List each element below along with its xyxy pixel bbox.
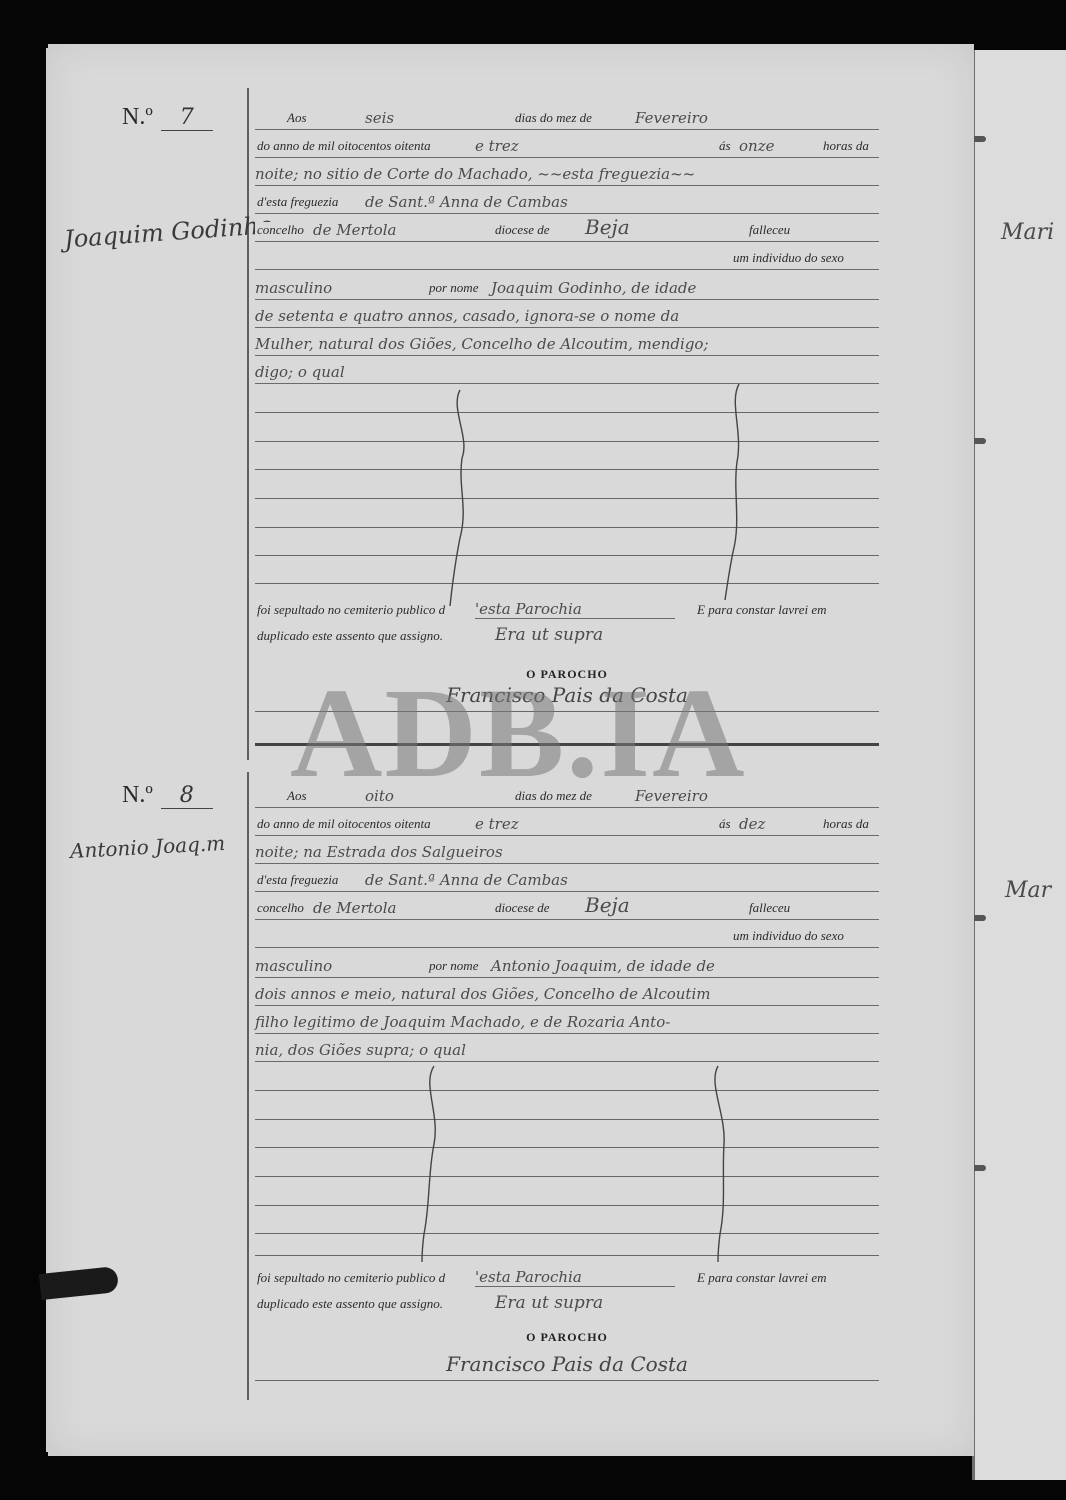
handwritten-parish: de Sant.ª Anna de Cambas: [365, 193, 568, 211]
printed-text: diocese de: [493, 900, 552, 916]
printed-text: por nome: [427, 958, 480, 974]
entry-separator: [255, 743, 879, 746]
entry-line: masculino por nome Antonio Joaquim, de i…: [255, 954, 879, 978]
printed-text: ás: [717, 138, 733, 154]
handwritten-era-ut-supra: Era ut supra: [495, 625, 603, 645]
handwritten-year: e trez: [475, 137, 519, 155]
handwritten-cemetery: 'esta Parochia: [475, 1268, 675, 1287]
printed-text: ás: [717, 816, 733, 832]
entry-line: dois annos e meio, natural dos Giões, Co…: [255, 982, 879, 1006]
handwritten-details: nia, dos Giões supra; o qual: [255, 1041, 466, 1059]
printed-text: concelho: [255, 900, 306, 916]
entry-line: do anno de mil oitocentos oitenta e trez…: [255, 134, 879, 158]
printed-text: dias do mez de: [513, 788, 594, 804]
blank-line: [255, 1205, 879, 1206]
handwritten-era-ut-supra: Era ut supra: [495, 1293, 603, 1313]
entry-line: concelho de Mertola diocese de Beja fall…: [255, 896, 879, 920]
handwritten-parish: de Sant.ª Anna de Cambas: [365, 871, 568, 889]
handwritten-cemetery: 'esta Parochia: [475, 600, 675, 619]
entry-number-label: N.º: [122, 104, 153, 130]
handwritten-place: noite; no sitio de Corte do Machado, ~~e…: [255, 165, 695, 183]
printed-text: foi sepultado no cemiterio publico d: [255, 1270, 447, 1286]
printed-text: E para constar lavrei em: [695, 602, 829, 618]
signature-line: [255, 711, 879, 712]
handwritten-month: Fevereiro: [635, 109, 708, 127]
blank-line: [255, 527, 879, 528]
printed-text: falleceu: [747, 900, 792, 916]
printed-text: Aos: [285, 788, 309, 804]
handwritten-name: Antonio Joaquim, de idade de: [491, 957, 715, 975]
printed-text: um individuo do sexo: [731, 250, 846, 266]
handwritten-details: Mulher, natural dos Giões, Concelho de A…: [255, 335, 709, 353]
entry-line: de setenta e quatro annos, casado, ignor…: [255, 304, 879, 328]
handwritten-municipality: de Mertola: [313, 899, 396, 917]
blank-line: [255, 1090, 879, 1091]
entry-number: N.º7: [122, 104, 213, 131]
printed-text: duplicado este assento que assigno.: [255, 628, 445, 644]
cancellation-stroke: [412, 1064, 452, 1264]
handwritten-municipality: de Mertola: [313, 221, 396, 239]
signatory-title: O PAROCHO: [255, 667, 879, 682]
handwritten-details: filho legitimo de Joaquim Machado, e de …: [255, 1013, 670, 1031]
printed-text: um individuo do sexo: [731, 928, 846, 944]
blank-line: [255, 469, 879, 470]
cancellation-stroke: [698, 1064, 738, 1264]
handwritten-year: e trez: [475, 815, 519, 833]
handwritten-day: seis: [365, 109, 394, 127]
printed-text: foi sepultado no cemiterio publico d: [255, 602, 447, 618]
cancellation-stroke: [715, 382, 755, 602]
entry-line: Aos seis dias do mez de Fevereiro: [255, 106, 879, 130]
signatory-title: O PAROCHO: [255, 1330, 879, 1345]
signature-line: [255, 1380, 879, 1381]
printed-text: dias do mez de: [513, 110, 594, 126]
entry-line: Mulher, natural dos Giões, Concelho de A…: [255, 332, 879, 356]
handwritten-details: de setenta e quatro annos, casado, ignor…: [255, 307, 679, 325]
burial-line: duplicado este assento que assigno. Era …: [255, 624, 879, 648]
handwritten-details: dois annos e meio, natural dos Giões, Co…: [255, 985, 710, 1003]
printed-text: falleceu: [747, 222, 792, 238]
entry-line: um individuo do sexo: [255, 246, 879, 270]
blank-line: [255, 555, 879, 556]
handwritten-hour: onze: [739, 137, 774, 155]
column-divider: [247, 772, 249, 1400]
printed-text: Aos: [285, 110, 309, 126]
entry-line: masculino por nome Joaquim Godinho, de i…: [255, 276, 879, 300]
handwritten-hour: dez: [739, 815, 765, 833]
blank-line: [255, 1119, 879, 1120]
entry-line: noite; no sitio de Corte do Machado, ~~e…: [255, 162, 879, 186]
handwritten-diocese: Beja: [585, 893, 630, 917]
handwritten-name: Joaquim Godinho, de idade: [491, 279, 696, 297]
adjacent-page: Mari Mar: [975, 50, 1066, 1480]
blank-line: [255, 412, 879, 413]
blank-line: [255, 1176, 879, 1177]
entry-number-label: N.º: [122, 782, 153, 808]
printed-text: duplicado este assento que assigno.: [255, 1296, 445, 1312]
cancellation-stroke: [440, 388, 480, 608]
handwritten-sex: masculino: [255, 957, 332, 975]
entry-line: d'esta freguezia de Sant.ª Anna de Camba…: [255, 190, 879, 214]
printed-text: d'esta freguezia: [255, 872, 340, 888]
entry-line: do anno de mil oitocentos oitenta e trez…: [255, 812, 879, 836]
handwritten-details: digo; o qual: [255, 363, 345, 381]
priest-signature: Francisco Pais da Costa: [255, 683, 879, 707]
printed-text: horas da: [821, 138, 871, 154]
entry-number: N.º8: [122, 782, 213, 809]
handwritten-day: oito: [365, 787, 394, 805]
blank-line: [255, 1255, 879, 1256]
entry-number-value: 8: [161, 783, 213, 809]
burial-line: foi sepultado no cemiterio publico d 'es…: [255, 598, 879, 622]
entry-line: noite; na Estrada dos Salgueiros: [255, 840, 879, 864]
burial-line: foi sepultado no cemiterio publico d 'es…: [255, 1266, 879, 1290]
printed-text: concelho: [255, 222, 306, 238]
entry-line: filho legitimo de Joaquim Machado, e de …: [255, 1010, 879, 1034]
entry-line: concelho de Mertola diocese de Beja fall…: [255, 218, 879, 242]
handwritten-place: noite; na Estrada dos Salgueiros: [255, 843, 503, 861]
entry-line: Aos oito dias do mez de Fevereiro: [255, 784, 879, 808]
blank-line: [255, 498, 879, 499]
entry-line: um individuo do sexo: [255, 924, 879, 948]
printed-text: horas da: [821, 816, 871, 832]
printed-text: do anno de mil oitocentos oitenta: [255, 816, 433, 832]
blank-line: [255, 441, 879, 442]
handwritten-sex: masculino: [255, 279, 332, 297]
entry-number-value: 7: [161, 105, 213, 131]
burial-line: duplicado este assento que assigno. Era …: [255, 1292, 879, 1316]
blank-line: [255, 1233, 879, 1234]
handwritten-diocese: Beja: [585, 215, 630, 239]
printed-text: diocese de: [493, 222, 552, 238]
handwritten-month: Fevereiro: [635, 787, 708, 805]
adjacent-page-margin-name-1: Mari: [1001, 220, 1054, 245]
printed-text: do anno de mil oitocentos oitenta: [255, 138, 433, 154]
entry-line: nia, dos Giões supra; o qual: [255, 1038, 879, 1062]
blank-line: [255, 583, 879, 584]
adjacent-page-margin-name-2: Mar: [1005, 878, 1051, 903]
blank-line: [255, 1147, 879, 1148]
entry-line: digo; o qual: [255, 360, 879, 384]
printed-text: por nome: [427, 280, 480, 296]
entry-line: d'esta freguezia de Sant.ª Anna de Camba…: [255, 868, 879, 892]
printed-text: d'esta freguezia: [255, 194, 340, 210]
printed-text: E para constar lavrei em: [695, 1270, 829, 1286]
priest-signature: Francisco Pais da Costa: [255, 1352, 879, 1376]
column-divider: [247, 88, 249, 760]
